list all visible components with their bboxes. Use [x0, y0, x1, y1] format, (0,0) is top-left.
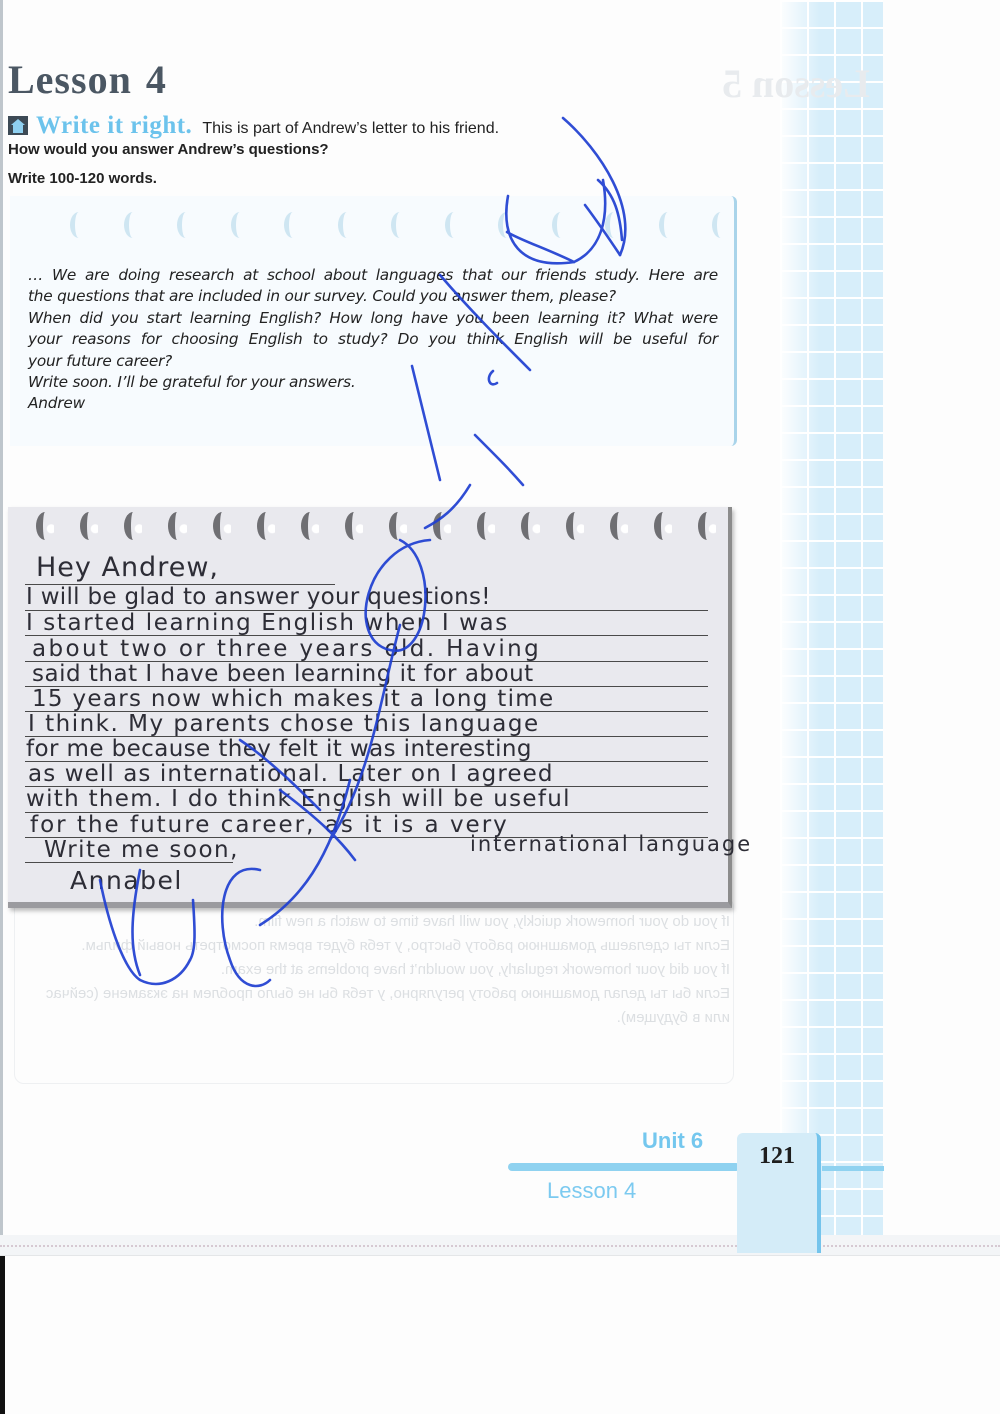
- ring-hole: [391, 212, 409, 238]
- task-header: Write it right. This is part of Andrew’s…: [8, 112, 499, 140]
- house-icon: [8, 116, 28, 135]
- letter-line: Write soon. I’ll be grateful for your an…: [28, 372, 718, 393]
- ring-hole: [445, 212, 463, 238]
- ring-hole: [605, 212, 623, 238]
- letter-line: Andrew: [28, 393, 718, 414]
- ring-hole: [70, 212, 88, 238]
- scan-left-edge: [0, 0, 3, 1414]
- ring-hole: [124, 212, 142, 238]
- ring-hole: [213, 512, 231, 540]
- ring-hole: [168, 512, 186, 540]
- handwritten-line: said that I have been learning it for ab…: [32, 661, 534, 687]
- ring-hole: [698, 512, 716, 540]
- lesson-heading: Lesson: [8, 57, 132, 102]
- margin-grid-strip: [780, 0, 883, 1250]
- task-word-limit: Write 100-120 words.: [8, 170, 157, 187]
- ring-hole: [521, 512, 539, 540]
- handwritten-line: 15 years now which makes it a long time: [32, 686, 554, 712]
- ring-hole: [552, 212, 570, 238]
- ring-hole: [231, 212, 249, 238]
- task-title: Write it right.: [36, 112, 192, 140]
- ring-hole: [389, 512, 407, 540]
- ring-hole: [654, 512, 672, 540]
- handwritten-line: for me because they felt it was interest…: [26, 736, 532, 762]
- ring-hole: [36, 512, 54, 540]
- ring-hole: [80, 512, 98, 540]
- handwritten-line: about two or three years old. Having: [32, 636, 541, 662]
- letter-line: your reasons for choosing English to stu…: [28, 329, 718, 350]
- ring-hole: [477, 512, 495, 540]
- ring-hole: [566, 512, 584, 540]
- handwritten-line: international language: [470, 832, 752, 856]
- unit-label: Unit 6: [642, 1128, 703, 1154]
- ring-hole: [433, 512, 451, 540]
- page-number: 121: [737, 1143, 817, 1170]
- handwritten-line: Hey Andrew,: [36, 552, 219, 583]
- handwritten-line: for the future career, as it is a very: [30, 812, 509, 838]
- letter-line: When did you start learning English? How…: [28, 308, 718, 329]
- ring-hole: [712, 212, 730, 238]
- ring-hole: [301, 512, 319, 540]
- handwritten-line: as well as international. Later on I agr…: [28, 761, 554, 787]
- ring-hole: [338, 212, 356, 238]
- handwritten-line: I will be glad to answer your questions!: [26, 584, 491, 610]
- page-bottom-edge: [0, 1235, 1000, 1256]
- ring-hole: [124, 512, 142, 540]
- page-title: Lesson4: [8, 56, 167, 103]
- bleed-line: Если ты сделаешь домашнюю работу быстро,…: [30, 934, 730, 958]
- ring-hole: [610, 512, 628, 540]
- handwritten-line: I started learning English when I was: [26, 610, 509, 636]
- task-description: This is part of Andrew’s letter to his f…: [202, 120, 499, 138]
- footer-rule: [508, 1163, 740, 1171]
- letter-line: … We are doing research at school about …: [28, 265, 718, 286]
- bleed-line: Если бы ты делал домашнюю работу регуляр…: [30, 982, 730, 1030]
- bleed-through-heading: Lesson 5: [722, 60, 870, 107]
- notebook-rings: [70, 212, 730, 242]
- bleed-through-text: If you do your homework quickly, you wil…: [30, 910, 730, 1030]
- ring-hole: [257, 512, 275, 540]
- ring-hole: [345, 512, 363, 540]
- task-question: How would you answer Andrew’s questions?: [8, 141, 329, 158]
- scan-left-edge-bottom: [0, 1255, 5, 1414]
- letter-line: your future career?: [28, 351, 718, 372]
- handwritten-line: I think. My parents chose this language: [28, 711, 540, 737]
- ring-hole: [284, 212, 302, 238]
- lesson-number: 4: [146, 57, 167, 102]
- ring-hole: [177, 212, 195, 238]
- bleed-line: If you do your homework quickly, you wil…: [30, 910, 730, 934]
- bleed-line: If you did your homework regularly, you …: [30, 958, 730, 982]
- torn-ring-holes: [36, 512, 716, 552]
- ring-hole: [498, 212, 516, 238]
- footer-rule-right: [822, 1166, 884, 1171]
- andrew-letter: … We are doing research at school about …: [28, 265, 718, 415]
- letter-line: the questions that are included in our s…: [28, 286, 718, 307]
- handwritten-line: Write me soon,: [44, 837, 239, 863]
- ring-hole: [659, 212, 677, 238]
- lesson-label: Lesson 4: [547, 1178, 636, 1204]
- handwritten-signature: Annabel: [70, 866, 183, 895]
- handwritten-line: with them. I do think English will be us…: [26, 786, 571, 812]
